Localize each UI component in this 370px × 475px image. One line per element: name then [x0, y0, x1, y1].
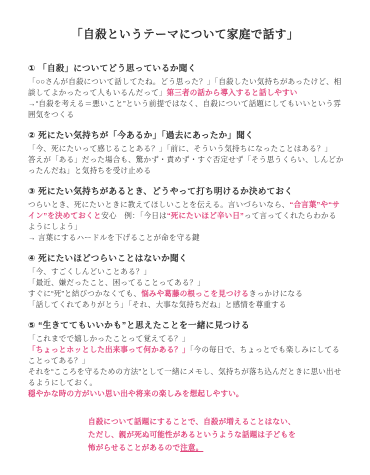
- highlighted-text-run: ただし、親が死ぬ可能性があるというような話題は子どもを: [88, 430, 296, 439]
- section: ④ 死にたいほどつらいことはないか聞く「今、すごくしんどいことある？」「最近、嫌…: [28, 252, 344, 310]
- text-line: 穏やかな時の方がいい思い出や将来の楽しみを想起しやすい。: [28, 388, 344, 399]
- sections-container: ① 「自殺」についてどう思っているか聞く「○○さんが自殺について話してたね。どう…: [0, 62, 370, 399]
- text-run: 「今、死にたいって感じることある？」「前に、そういう気持ちになったことはある？」: [28, 144, 332, 153]
- section: ② 死にたい気持ちが「今あるか」「過去にあったか」聞く「今、死にたいって感じるこ…: [28, 129, 344, 176]
- text-run: 答えが「ある」だった場合も、驚かず・責めず・すぐ否定せず「そう思うくらい、しんど…: [28, 155, 344, 175]
- text-run: →“自殺を考える＝悪いこと”という前提ではなく、自殺について話題にしてもいいとい…: [28, 99, 341, 119]
- section-heading: ⑤ “生きててもいいかも”と思えたことを一緒に見つける: [28, 319, 344, 331]
- footer-note: 自殺について話題にすることで、自殺が増えることはない、ただし、親が死ぬ可能性があ…: [88, 415, 344, 454]
- document-page: 「自殺というテーマについて家庭で話す」 ① 「自殺」についてどう思っているか聞く…: [0, 0, 370, 475]
- text-run: つらいとき、死にたいときに教えてほしいことを伝える。言いづらいなら、: [28, 200, 290, 209]
- text-line: それを“こころを守るための方法”として一緒にメモし、気持ちが落ち込んだときに思い…: [28, 366, 344, 388]
- section: ③ 死にたい気持ちがあるとき、どうやって打ち明けるか決めておくつらいとき、死にた…: [28, 185, 344, 243]
- text-run: 「話してくれてありがとう」「それ、大事な気持ちだね」と感情を尊重する: [28, 300, 287, 309]
- text-line: ただし、親が死ぬ可能性があるというような話題は子どもを: [88, 428, 344, 441]
- text-run: きっかけになる: [249, 289, 303, 298]
- section-heading: ③ 死にたい気持ちがあるとき、どうやって打ち明けるか決めておく: [28, 185, 344, 197]
- text-line: → 言葉にするハードルを下げることが命を守る鍵: [28, 232, 344, 243]
- text-line: 「今、すごくしんどいことある？」: [28, 266, 344, 277]
- text-line: 「○○さんが自殺について話してたね。どう思った？」「自殺したい気持ちがあったけど…: [28, 76, 344, 98]
- highlighted-text-run: 怖がらせることがあるので: [88, 443, 180, 452]
- text-line: すぐに“死”と結びつかなくても、悩みや葛藤の根っこを見つけるきっかけになる: [28, 288, 344, 299]
- text-run: すぐに“死”と結びつかなくても、: [28, 289, 141, 298]
- text-run: 「これまでで嬉しかったことって覚えてる？」: [28, 334, 190, 343]
- text-run: → 言葉にするハードルを下げることが命を守る鍵: [28, 233, 200, 242]
- highlighted-text-run: 「ちょっとホッとした出来事って何かある？」: [28, 345, 190, 354]
- text-line: 自殺について話題にすることで、自殺が増えることはない、: [88, 415, 344, 428]
- text-line: 「話してくれてありがとう」「それ、大事な気持ちだね」と感情を尊重する: [28, 299, 344, 310]
- highlighted-text-run: 悩みや葛藤の根っこを見つける: [141, 289, 249, 298]
- highlighted-text-run: 穏やかな時の方がいい思い出や将来の楽しみを想起しやすい。: [28, 389, 244, 398]
- highlighted-text-run: 自殺について話題にすることで、自殺が増えることはない、: [88, 417, 296, 426]
- text-run: 安心 例：「今日は: [101, 211, 167, 220]
- text-line: →“自殺を考える＝悪いこと”という前提ではなく、自殺について話題にしてもいいとい…: [28, 98, 344, 120]
- section-heading: ② 死にたい気持ちが「今あるか」「過去にあったか」聞く: [28, 129, 344, 141]
- text-line: 「最近、嫌だったこと、困ってることってある？」: [28, 277, 344, 288]
- text-line: 「これまでで嬉しかったことって覚えてる？」「ちょっとホッとした出来事って何かある…: [28, 333, 344, 366]
- page-title: 「自殺というテーマについて家庭で話す」: [0, 26, 370, 42]
- text-run: 「今、すごくしんどいことある？」: [28, 267, 151, 276]
- highlighted-text-run: “死にたいほど辛い日”: [167, 211, 244, 220]
- text-run: 「最近、嫌だったこと、困ってることってある？」: [28, 278, 205, 287]
- highlighted-text-run: 注意。: [180, 443, 203, 452]
- text-line: 「今、死にたいって感じることある？」「前に、そういう気持ちになったことはある？」: [28, 143, 344, 154]
- text-line: 答えが「ある」だった場合も、驚かず・責めず・すぐ否定せず「そう思うくらい、しんど…: [28, 154, 344, 176]
- highlighted-text-run: 第三者の話から導入すると話しやすい: [167, 88, 298, 97]
- text-run: それを“こころを守るための方法”として一緒にメモし、気持ちが落ち込んだときに思い…: [28, 367, 341, 387]
- section: ① 「自殺」についてどう思っているか聞く「○○さんが自殺について話してたね。どう…: [28, 62, 344, 120]
- section: ⑤ “生きててもいいかも”と思えたことを一緒に見つける「これまでで嬉しかったこと…: [28, 319, 344, 399]
- section-heading: ① 「自殺」についてどう思っているか聞く: [28, 62, 344, 74]
- section-heading: ④ 死にたいほどつらいことはないか聞く: [28, 252, 344, 264]
- text-line: つらいとき、死にたいときに教えてほしいことを伝える。言いづらいなら、“合言葉”や…: [28, 199, 344, 232]
- text-line: 怖がらせることがあるので注意。: [88, 441, 344, 454]
